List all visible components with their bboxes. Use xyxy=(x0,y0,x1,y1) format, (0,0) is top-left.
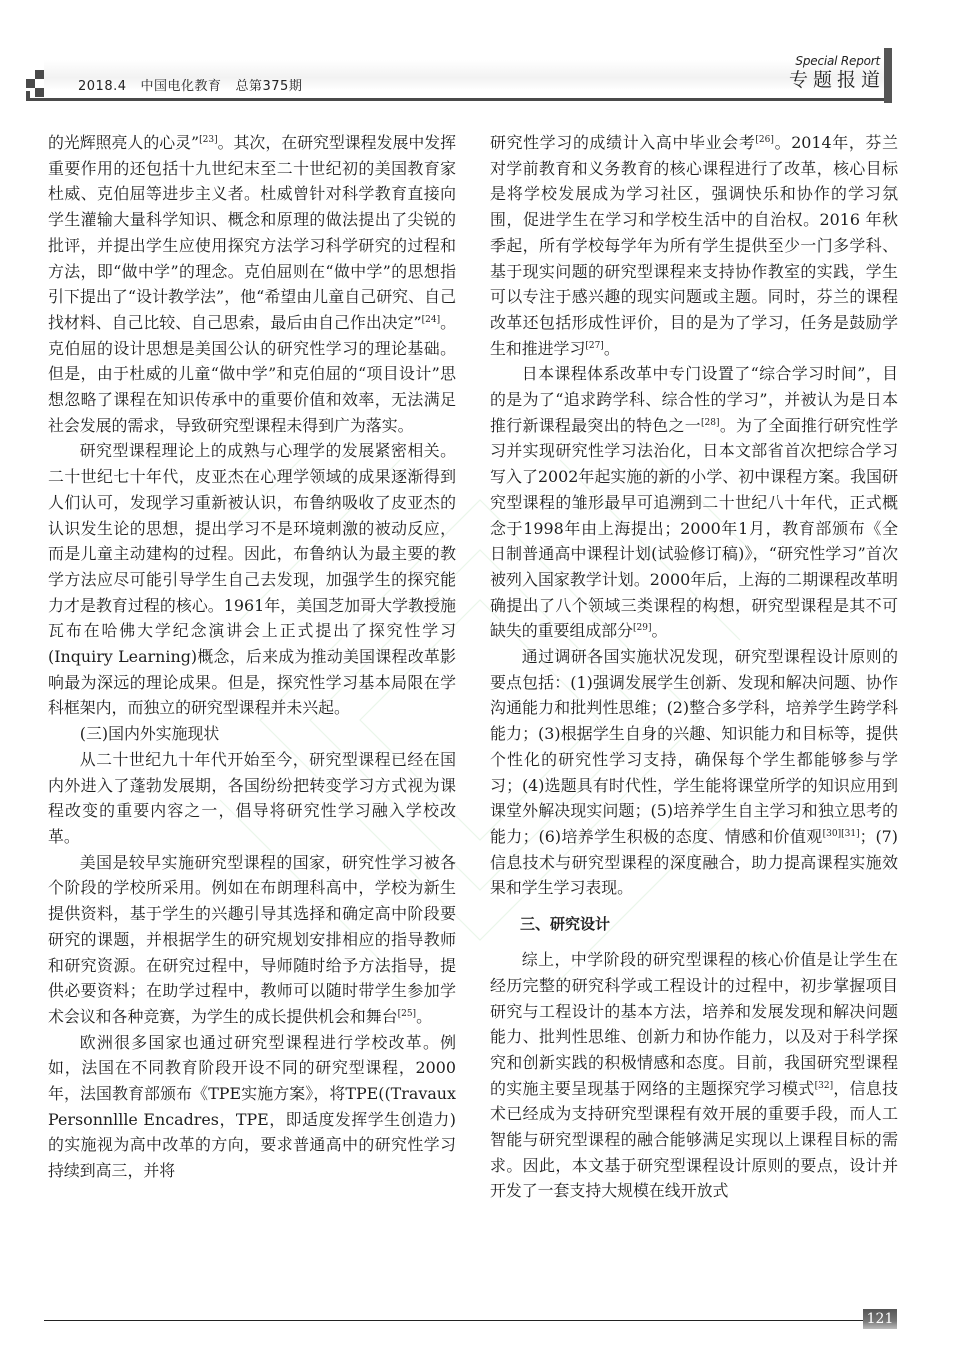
citation: [24] xyxy=(422,315,440,325)
journal-info: 2018.4中国电化教育总第375期 xyxy=(78,75,302,94)
journal-name: 中国电化教育 xyxy=(141,79,222,94)
issue-date: 2018.4 xyxy=(78,79,127,94)
paragraph: 美国是较早实施研究型课程的国家，研究性学习被各个阶段的学校所采用。例如在布朗理科… xyxy=(48,850,456,1030)
citation: [23] xyxy=(199,135,217,145)
paragraph: 的光辉照亮人的心灵”[23]。其次，在研究型课程发展中发挥重要作用的还包括十九世… xyxy=(48,130,456,438)
paragraph: 日本课程体系改革中专门设置了“综合学习时间”，目的是为了“追求跨学科、综合性的学… xyxy=(490,361,898,644)
paragraph: 欧洲很多国家也通过研究型课程进行学校改革。例如，法国在不同教育阶段开设不同的研究… xyxy=(48,1030,456,1184)
footer-rule xyxy=(44,1320,864,1321)
citation: [27] xyxy=(585,341,603,351)
section-label-en: Special Report xyxy=(789,54,880,68)
page-number: 121 xyxy=(863,1309,897,1329)
paragraph: 研究型课程理论上的成熟与心理学的发展紧密相关。二十世纪七十年代，皮亚杰在心理学领… xyxy=(48,438,456,721)
citation: [26] xyxy=(755,135,773,145)
checker-mark-icon xyxy=(26,70,54,100)
section-title: 三、研究设计 xyxy=(490,913,898,935)
paragraph: 研究性学习的成绩计入高中毕业会考[26]。2014年，芬兰对学前教育和义务教育的… xyxy=(490,130,898,361)
section-label-zh: 专题报道 xyxy=(789,68,885,92)
right-column: 研究性学习的成绩计入高中毕业会考[26]。2014年，芬兰对学前教育和义务教育的… xyxy=(490,130,898,1204)
paragraph: 综上，中学阶段的研究型课程的核心价值是让学生在经历完整的研究科学或工程设计的过程… xyxy=(490,947,898,1204)
section-label: Special Report 专题报道 xyxy=(789,54,880,92)
header-rule xyxy=(26,98,884,101)
left-column: 的光辉照亮人的心灵”[23]。其次，在研究型课程发展中发挥重要作用的还包括十九世… xyxy=(48,130,456,1184)
subheading: (三)国内外实施现状 xyxy=(48,721,456,747)
citation: [25] xyxy=(398,1009,416,1019)
citation: [32] xyxy=(815,1081,833,1091)
header-edge-tab xyxy=(884,48,892,103)
paragraph: 从二十世纪九十年代开始至今，研究型课程已经在国内外进入了蓬勃发展期，各国纷纷把转… xyxy=(48,747,456,850)
citation: [29] xyxy=(633,623,651,633)
total-issue: 总第375期 xyxy=(236,79,303,94)
citation: [30][31] xyxy=(823,829,860,839)
page-header: 2018.4中国电化教育总第375期 Special Report 专题报道 xyxy=(0,40,967,105)
paragraph: 通过调研各国实施状况发现，研究型课程设计原则的要点包括：(1)强调发展学生创新、… xyxy=(490,644,898,901)
citation: [28] xyxy=(701,418,719,428)
